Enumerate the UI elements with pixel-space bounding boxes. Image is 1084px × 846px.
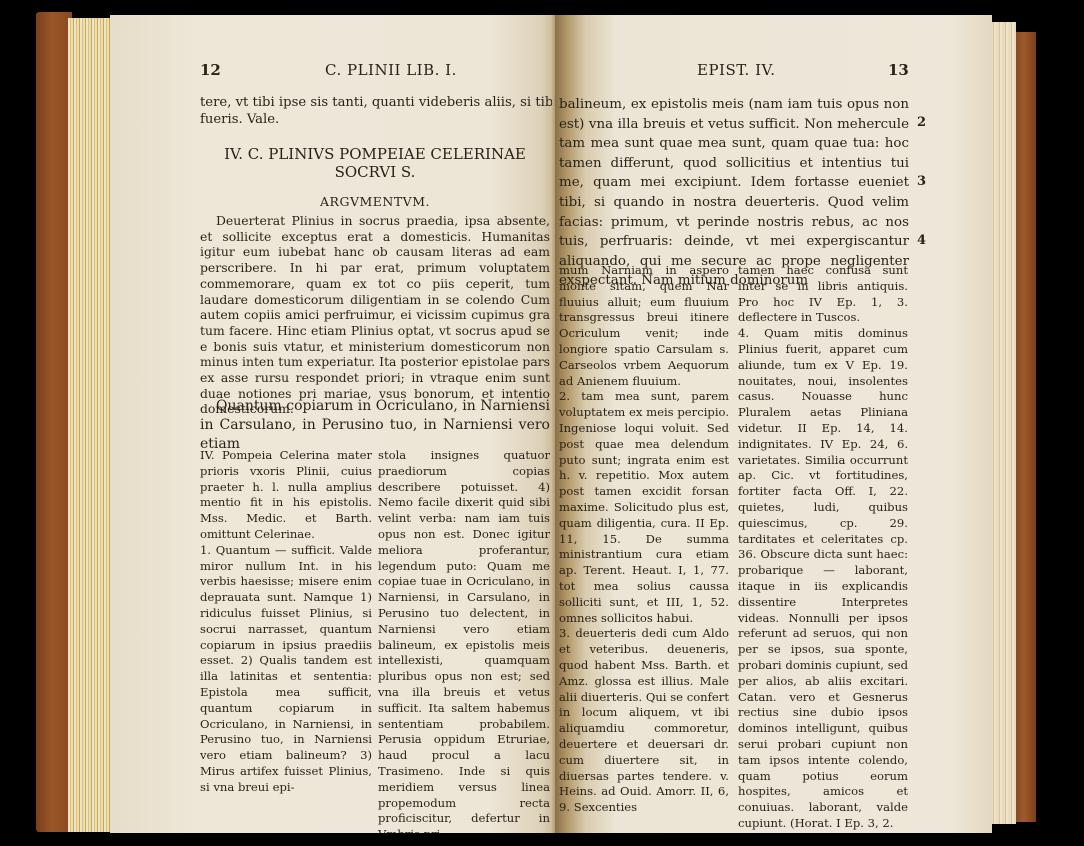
text-line: fueris. Vale. xyxy=(200,112,550,129)
opening-lines: tere, vt tibi ipse sis tanti, quanti vid… xyxy=(200,95,550,128)
book-cover-left xyxy=(36,12,72,832)
notes-column-1: mum Narniam in aspero monte sitam, quem … xyxy=(559,263,729,816)
letter-paragraph: balineum, ex epistolis meis (nam iam tui… xyxy=(559,95,909,291)
heading-line: IV. C. PLINIVS POMPEIAE CELERINAE xyxy=(200,145,550,163)
right-page: EPIST. IV. 13 balineum, ex epistolis mei… xyxy=(555,15,992,833)
argument-text: Deuerterat Plinius in socrus praedia, ip… xyxy=(200,213,550,417)
letter-heading: IV. C. PLINIVS POMPEIAE CELERINAE SOCRVI… xyxy=(200,145,550,181)
left-page: 12 C. PLINII LIB. I. tere, vt tibi ipse … xyxy=(110,15,555,833)
notes-column-2: tamen haec confusa sunt inter se in libr… xyxy=(738,263,908,832)
letter-paragraph: Quantum copiarum in Ocriculano, in Narni… xyxy=(200,397,550,454)
page-edges-right xyxy=(990,22,1016,824)
argument-paragraph: Deuerterat Plinius in socrus praedia, ip… xyxy=(200,213,550,417)
page-number-left: 12 xyxy=(200,61,221,79)
margin-number: 2 xyxy=(917,115,926,130)
running-head-right: EPIST. IV. xyxy=(697,61,775,79)
notes-column-1: IV. Pompeia Celerina mater prioris vxori… xyxy=(200,448,372,796)
text-line: tere, vt tibi ipse sis tanti, quanti vid… xyxy=(200,95,550,112)
heading-line: SOCRVI S. xyxy=(200,163,550,181)
page-edges-left xyxy=(68,18,112,832)
letter-start: Quantum copiarum in Ocriculano, in Narni… xyxy=(200,397,550,454)
page-number-right: 13 xyxy=(888,61,909,79)
margin-number: 3 xyxy=(917,174,926,189)
notes-column-2: stola insignes quatuor praediorum copias… xyxy=(378,448,550,833)
margin-number: 4 xyxy=(917,233,926,248)
argument-title: ARGVMENTVM. xyxy=(200,194,550,209)
running-head-left: C. PLINII LIB. I. xyxy=(325,61,457,79)
letter-text: balineum, ex epistolis meis (nam iam tui… xyxy=(559,95,909,291)
